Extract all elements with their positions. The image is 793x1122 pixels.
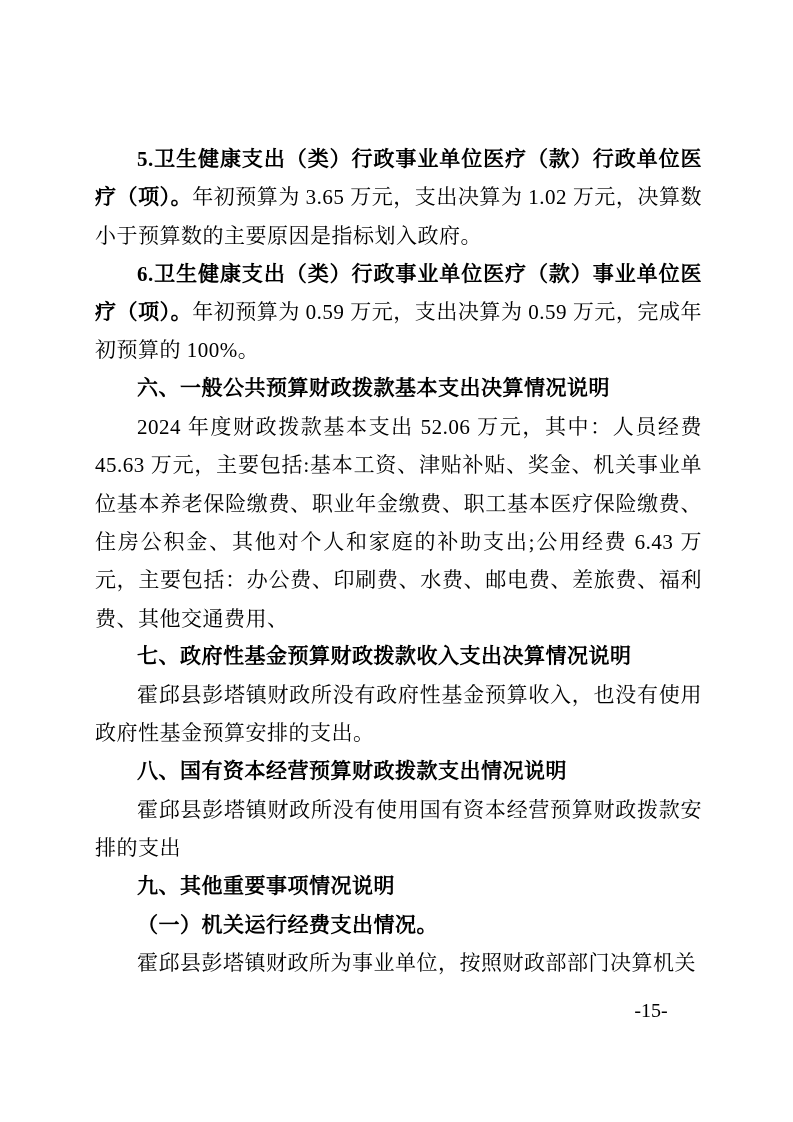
paragraph-item5: 5.卫生健康支出（类）行政事业单位医疗（款）行政单位医疗（项）。年初预算为 3.… (95, 140, 702, 255)
sub-heading-9-1: （一）机关运行经费支出情况。 (95, 906, 702, 944)
section-heading-9: 九、其他重要事项情况说明 (95, 868, 702, 906)
paragraph-section9-body: 霍邱县彭塔镇财政所为事业单位，按照财政部部门决算机关 (95, 944, 702, 982)
section-heading-8: 八、国有资本经营预算财政拨款支出情况说明 (95, 753, 702, 791)
page-number: -15- (600, 997, 702, 1025)
section-heading-6: 六、一般公共预算财政拨款基本支出决算情况说明 (95, 370, 702, 408)
paragraph-section6-body: 2024 年度财政拨款基本支出 52.06 万元，其中：人员经费 45.63 万… (95, 408, 702, 638)
document-body: 5.卫生健康支出（类）行政事业单位医疗（款）行政单位医疗（项）。年初预算为 3.… (95, 140, 702, 983)
paragraph-section8-body: 霍邱县彭塔镇财政所没有使用国有资本经营预算财政拨款安排的支出 (95, 791, 702, 868)
section-heading-7: 七、政府性基金预算财政拨款收入支出决算情况说明 (95, 638, 702, 676)
paragraph-item6: 6.卫生健康支出（类）行政事业单位医疗（款）事业单位医疗（项）。年初预算为 0.… (95, 255, 702, 370)
paragraph-section7-body: 霍邱县彭塔镇财政所没有政府性基金预算收入，也没有使用政府性基金预算安排的支出。 (95, 676, 702, 753)
document-page: 5.卫生健康支出（类）行政事业单位医疗（款）行政单位医疗（项）。年初预算为 3.… (0, 0, 793, 1122)
